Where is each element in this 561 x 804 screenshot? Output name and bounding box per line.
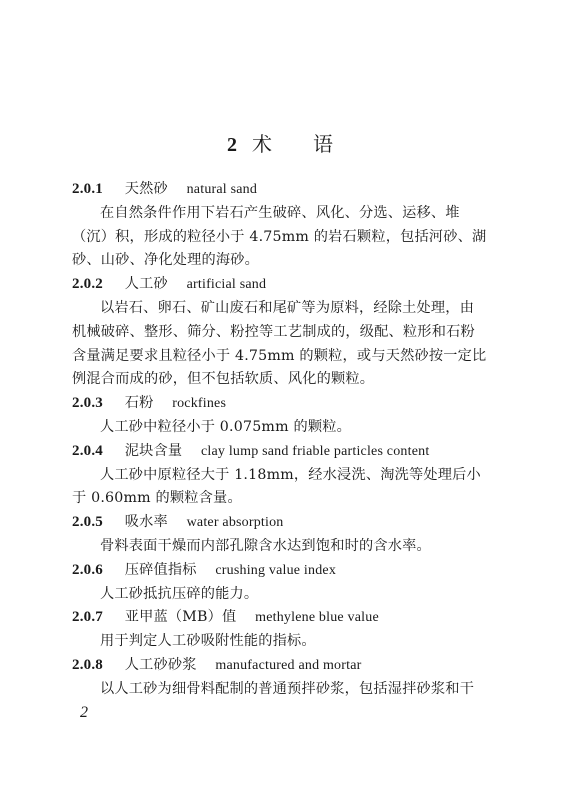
term-body-line: 在自然条件作用下岩石产生破碎、风化、分选、运移、堆	[72, 202, 492, 226]
term-zh: 人工砂砂浆	[125, 657, 197, 673]
term-heading: 2.0.7 亚甲蓝（MB）值 methylene blue value	[72, 606, 492, 630]
term-code: 2.0.4	[72, 440, 120, 464]
term-body-line: 砂、山砂、净化处理的海砂。	[72, 249, 492, 273]
term-en: clay lump sand friable particles content	[201, 444, 429, 459]
term-code: 2.0.7	[72, 606, 120, 630]
term-zh: 压碎值指标	[125, 562, 197, 578]
term-heading: 2.0.8 人工砂砂浆 manufactured and mortar	[72, 654, 492, 678]
chapter-title-char: 术	[252, 132, 273, 156]
term-zh: 吸水率	[125, 514, 168, 530]
term-heading: 2.0.2 人工砂 artificial sand	[72, 273, 492, 297]
term-en: rockfines	[172, 396, 226, 411]
term-heading: 2.0.5 吸水率 water absorption	[72, 511, 492, 535]
term-body-line: 含量满足要求且粒径小于 4.75mm 的颗粒，或与天然砂按一定比	[72, 345, 492, 369]
term-en: manufactured and mortar	[215, 658, 361, 673]
term-en: crushing value index	[215, 563, 336, 578]
term-body-line: 以人工砂为细骨料配制的普通预拌砂浆，包括湿拌砂浆和干	[72, 678, 492, 702]
term-code: 2.0.6	[72, 559, 120, 583]
term-code: 2.0.5	[72, 511, 120, 535]
term-en: methylene blue value	[255, 610, 379, 625]
term-en: natural sand	[187, 182, 257, 197]
term-body-line: 人工砂抵抗压碎的能力。	[72, 583, 492, 607]
chapter-title-char: 语	[313, 132, 334, 156]
term-en: water absorption	[187, 515, 284, 530]
chapter-number: 2	[227, 134, 238, 156]
term-body-line: 骨料表面干燥而内部孔隙含水达到饱和时的含水率。	[72, 535, 492, 559]
term-body-line: 用于判定人工砂吸附性能的指标。	[72, 630, 492, 654]
term-body-line: （沉）积，形成的粒径小于 4.75mm 的岩石颗粒，包括河砂、湖	[72, 226, 492, 250]
term-body-line: 例混合而成的砂，但不包括软质、风化的颗粒。	[72, 368, 492, 392]
term-body-line: 于 0.60mm 的颗粒含量。	[72, 487, 492, 511]
term-code: 2.0.1	[72, 178, 120, 202]
terms-list: 2.0.1 天然砂 natural sand 在自然条件作用下岩石产生破碎、风化…	[72, 178, 492, 702]
term-body-line: 人工砂中粒径小于 0.075mm 的颗粒。	[72, 416, 492, 440]
term-zh: 泥块含量	[125, 443, 183, 459]
term-en: artificial sand	[187, 277, 267, 292]
term-code: 2.0.8	[72, 654, 120, 678]
term-heading: 2.0.1 天然砂 natural sand	[72, 178, 492, 202]
term-code: 2.0.3	[72, 392, 120, 416]
term-body-line: 以岩石、卵石、矿山废石和尾矿等为原料，经除土处理，由	[72, 297, 492, 321]
term-body-line: 机械破碎、整形、筛分、粉控等工艺制成的，级配、粒形和石粉	[72, 321, 492, 345]
term-heading: 2.0.6 压碎值指标 crushing value index	[72, 559, 492, 583]
term-heading: 2.0.3 石粉 rockfines	[72, 392, 492, 416]
page-number: 2	[80, 704, 88, 722]
term-zh: 石粉	[125, 395, 154, 411]
term-heading: 2.0.4 泥块含量 clay lump sand friable partic…	[72, 440, 492, 464]
term-zh: 人工砂	[125, 276, 168, 292]
chapter-title: 2术语	[0, 128, 561, 157]
term-body-line: 人工砂中原粒径大于 1.18mm，经水浸洗、淘洗等处理后小	[72, 464, 492, 488]
term-zh: 天然砂	[125, 181, 168, 197]
term-code: 2.0.2	[72, 273, 120, 297]
term-zh: 亚甲蓝（MB）值	[125, 609, 237, 625]
